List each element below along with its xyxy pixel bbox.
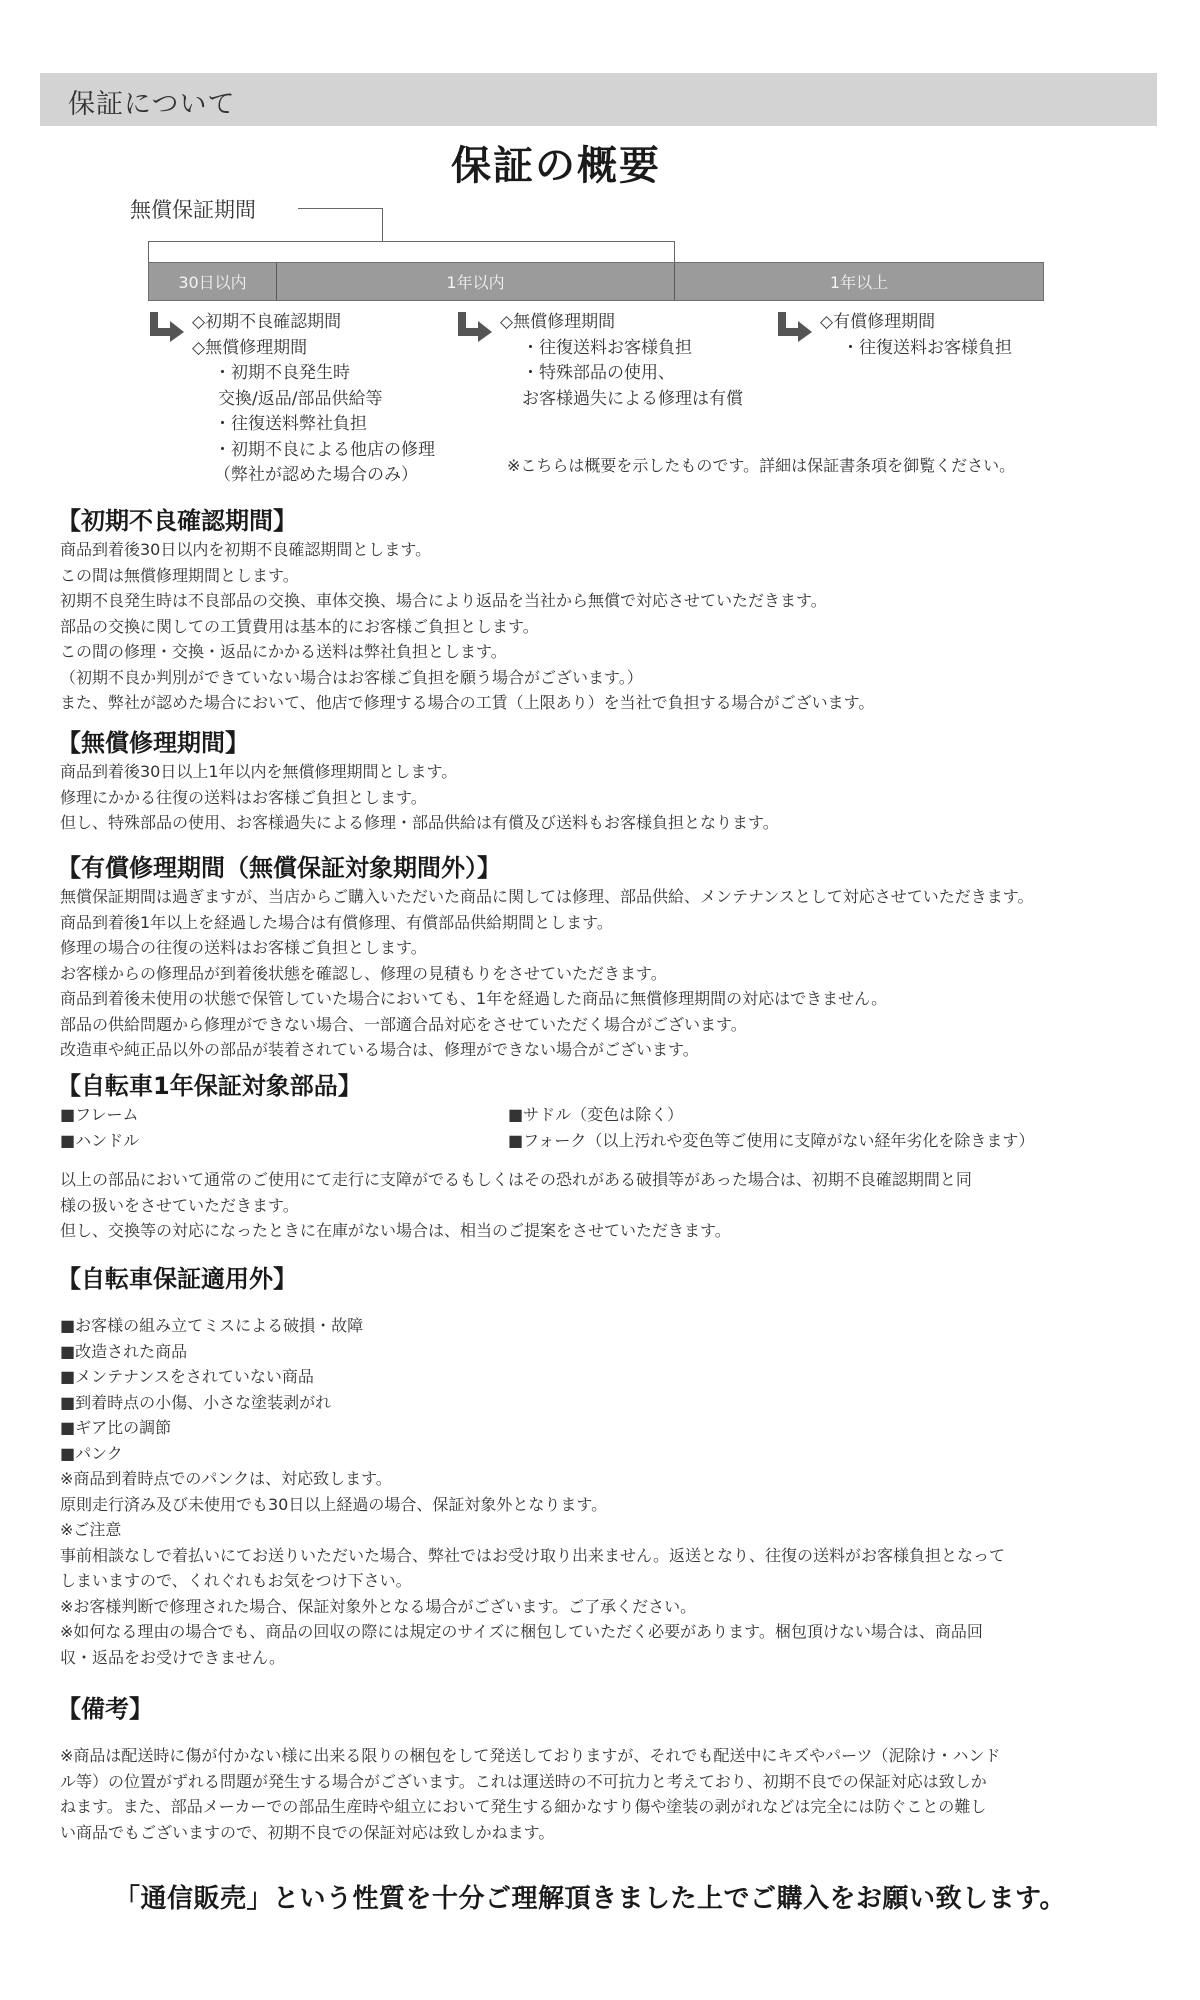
bracket-connector-h [298,208,383,209]
column-line: ◇無償修理期間 [500,310,743,336]
body-line: ※商品到着時点でのパンクは、対応致します。 [60,1466,1170,1492]
body-line: お客様からの修理品が到着後状態を確認し、修理の見積もりをさせていただきます。 [60,961,1170,987]
header-title: 保証について [68,82,235,121]
section-initial-defect: 【初期不良確認期間】 商品到着後30日以内を初期不良確認期間とします。 この間は… [60,505,1170,716]
section-paid-repair: 【有償修理期間（無償保証対象期間外）】 無償保証期間は過ぎますが、当店からご購入… [60,852,1170,1063]
column-line: ・往復送料弊社負担 [192,412,435,438]
arrow-turn-right-icon [778,312,812,342]
body-line: 部品の供給問題から修理ができない場合、一部適合品対応をさせていただく場合がござい… [60,1012,1170,1038]
bracket-connector-v [382,208,383,242]
overview-column-text: ◇初期不良確認期間 ◇無償修理期間 ・初期不良発生時 交換/返品/部品供給等 ・… [192,310,435,489]
section-body: 商品到着後30日以上1年以内を無償修理期間とします。 修理にかかる往復の送料はお… [60,759,1170,836]
column-line: ・初期不良による他店の修理 [192,438,435,464]
body-line: 但し、交換等の対応になったときに在庫がない場合は、相当のご提案をさせていただきま… [60,1218,1170,1244]
part-item: ■フレーム [60,1102,508,1128]
timeline-segment-within-1year: 1年以内 [277,263,675,300]
section-exclusions: 【自転車保証適用外】 ■お客様の組み立てミスによる破損・故障 ■改造された商品 … [60,1263,1170,1670]
covered-parts-list: ■フレーム ■サドル（変色は除く） ■ハンドル ■フォーク（以上汚れや変色等ご使… [60,1102,1170,1153]
body-line: 無償保証期間は過ぎますが、当店からご購入いただいた商品に関しては修理、部品供給、… [60,884,1170,910]
overview-note: ※こちらは概要を示したものです。詳細は保証書条項を御覧ください。 [507,453,1015,476]
body-line: 商品到着後30日以上1年以内を無償修理期間とします。 [60,759,1170,785]
exclusion-item: ■お客様の組み立てミスによる破損・故障 [60,1313,1170,1339]
section-covered-parts: 【自転車1年保証対象部品】 ■フレーム ■サドル（変色は除く） ■ハンドル ■フ… [60,1070,1170,1244]
section-heading: 【初期不良確認期間】 [57,505,1170,537]
free-warranty-label: 無償保証期間 [130,194,256,224]
body-line: 修理にかかる往復の送料はお客様ご負担とします。 [60,785,1170,811]
overview-column-text: ◇有償修理期間 ・往復送料お客様負担 [820,310,1012,361]
body-line: 初期不良発生時は不良部品の交換、車体交換、場合により返品を当社から無償で対応させ… [60,588,1170,614]
column-line: ◇無償修理期間 [192,336,435,362]
body-line: 収・返品をお受けできません。 [60,1645,1170,1671]
body-line: 商品到着後1年以上を経過した場合は有償修理、有償部品供給期間とします。 [60,910,1170,936]
column-line: ◇有償修理期間 [820,310,1012,336]
column-line: ◇初期不良確認期間 [192,310,435,336]
overview-column-text: ◇無償修理期間 ・往復送料お客様負担 ・特殊部品の使用、 お客様過失による修理は… [500,310,743,412]
timeline-segment-over-1year: 1年以上 [675,263,1043,300]
timeline-segment-30days: 30日以内 [149,263,277,300]
exclusion-item: ■パンク [60,1441,1170,1467]
body-line: 以上の部品において通常のご使用にて走行に支障がでるもしくはその恐れがある破損等が… [60,1167,1170,1193]
column-line: ・往復送料お客様負担 [820,336,1012,362]
body-line: 事前相談なしで着払いにてお送りいただいた場合、弊社ではお受け取り出来ません。返送… [60,1543,1170,1569]
body-line: ※商品は配送時に傷が付かない様に出来る限りの梱包をして発送しておりますが、それで… [60,1743,1170,1769]
column-line: ・初期不良発生時 [192,361,435,387]
body-line: ※ご注意 [60,1517,1170,1543]
bracket-top [148,241,675,242]
section-heading: 【備考】 [57,1693,1170,1725]
body-line: 様の扱いをさせていただきます。 [60,1193,1170,1219]
part-item: ■フォーク（以上汚れや変色等ご使用に支障がない経年劣化を除きます） [508,1128,1170,1154]
overview-title: 保証の概要 [0,134,1112,191]
part-item: ■サドル（変色は除く） [508,1102,1170,1128]
column-line: ・特殊部品の使用、 [500,361,743,387]
bracket-left [148,241,149,262]
exclusions-list: ■お客様の組み立てミスによる破損・故障 ■改造された商品 ■メンテナンスをされて… [60,1313,1170,1670]
body-line: ※如何なる理由の場合でも、商品の回収の際には規定のサイズに梱包していただく必要が… [60,1619,1170,1645]
body-line: 但し、特殊部品の使用、お客様過失による修理・部品供給は有償及び送料もお客様負担と… [60,810,1170,836]
section-body: 商品到着後30日以内を初期不良確認期間とします。 この間は無償修理期間とします。… [60,537,1170,716]
body-line: 原則走行済み及び未使用でも30日以上経過の場合、保証対象外となります。 [60,1492,1170,1518]
section-body: ※商品は配送時に傷が付かない様に出来る限りの梱包をして発送しておりますが、それで… [60,1743,1170,1845]
body-line: 改造車や純正品以外の部品が装着されている場合は、修理ができない場合がございます。 [60,1037,1170,1063]
arrow-turn-right-icon [458,312,492,342]
exclusion-item: ■到着時点の小傷、小さな塗装剥がれ [60,1390,1170,1416]
column-line: ・往復送料お客様負担 [500,336,743,362]
closing-statement: 「通信販売」という性質を十分ご理解頂きました上でご購入をお願い致します。 [0,1878,1180,1915]
body-line: 部品の交換に関しての工賃費用は基本的にお客様ご負担とします。 [60,614,1170,640]
warranty-page: 保証について 保証の概要 無償保証期間 30日以内 1年以内 1年以上 ◇初期不… [0,0,1200,2000]
body-line: い商品でもございますので、初期不良での保証対応は致しかねます。 [60,1820,1170,1846]
body-line: 商品到着後30日以内を初期不良確認期間とします。 [60,537,1170,563]
section-heading: 【自転車1年保証対象部品】 [57,1070,1170,1102]
body-line: ※お客様判断で修理された場合、保証対象外となる場合がございます。ご了承ください。 [60,1594,1170,1620]
section-heading: 【自転車保証適用外】 [57,1263,1170,1295]
body-line: しまいますので、くれぐれもお気をつけ下さい。 [60,1568,1170,1594]
exclusion-item: ■ギア比の調節 [60,1415,1170,1441]
body-line: この間の修理・交換・返品にかかる送料は弊社負担とします。 [60,639,1170,665]
section-heading: 【有償修理期間（無償保証対象期間外）】 [57,852,1170,884]
column-line: お客様過失による修理は有償 [500,387,743,413]
section-body: 以上の部品において通常のご使用にて走行に支障がでるもしくはその恐れがある破損等が… [60,1167,1170,1244]
body-line: （初期不良か判別ができていない場合はお客様ご負担を願う場合がございます。） [60,665,1170,691]
section-body: 無償保証期間は過ぎますが、当店からご購入いただいた商品に関しては修理、部品供給、… [60,884,1170,1063]
column-line: （弊社が認めた場合のみ） [192,463,435,489]
part-item: ■ハンドル [60,1128,508,1154]
body-line: 修理の場合の往復の送料はお客様ご負担とします。 [60,935,1170,961]
section-heading: 【無償修理期間】 [57,727,1170,759]
exclusion-item: ■改造された商品 [60,1339,1170,1365]
body-line: ねます。また、部品メーカーでの部品生産時や組立において発生する細かなすり傷や塗装… [60,1794,1170,1820]
bracket-right [674,241,675,262]
body-line: ル等）の位置がずれる問題が発生する場合がございます。これは運送時の不可抗力と考え… [60,1769,1170,1795]
section-remarks: 【備考】 ※商品は配送時に傷が付かない様に出来る限りの梱包をして発送しております… [60,1693,1170,1845]
body-line: また、弊社が認めた場合において、他店で修理する場合の工賃（上限あり）を当社で負担… [60,690,1170,716]
column-line: 交換/返品/部品供給等 [192,387,435,413]
header-band: 保証について [40,73,1157,126]
body-line: この間は無償修理期間とします。 [60,563,1170,589]
arrow-turn-right-icon [150,312,184,342]
body-line: 商品到着後未使用の状態で保管していた場合においても、1年を経過した商品に無償修理… [60,986,1170,1012]
warranty-timeline: 30日以内 1年以内 1年以上 [148,262,1044,301]
section-free-repair: 【無償修理期間】 商品到着後30日以上1年以内を無償修理期間とします。 修理にか… [60,727,1170,836]
exclusion-item: ■メンテナンスをされていない商品 [60,1364,1170,1390]
